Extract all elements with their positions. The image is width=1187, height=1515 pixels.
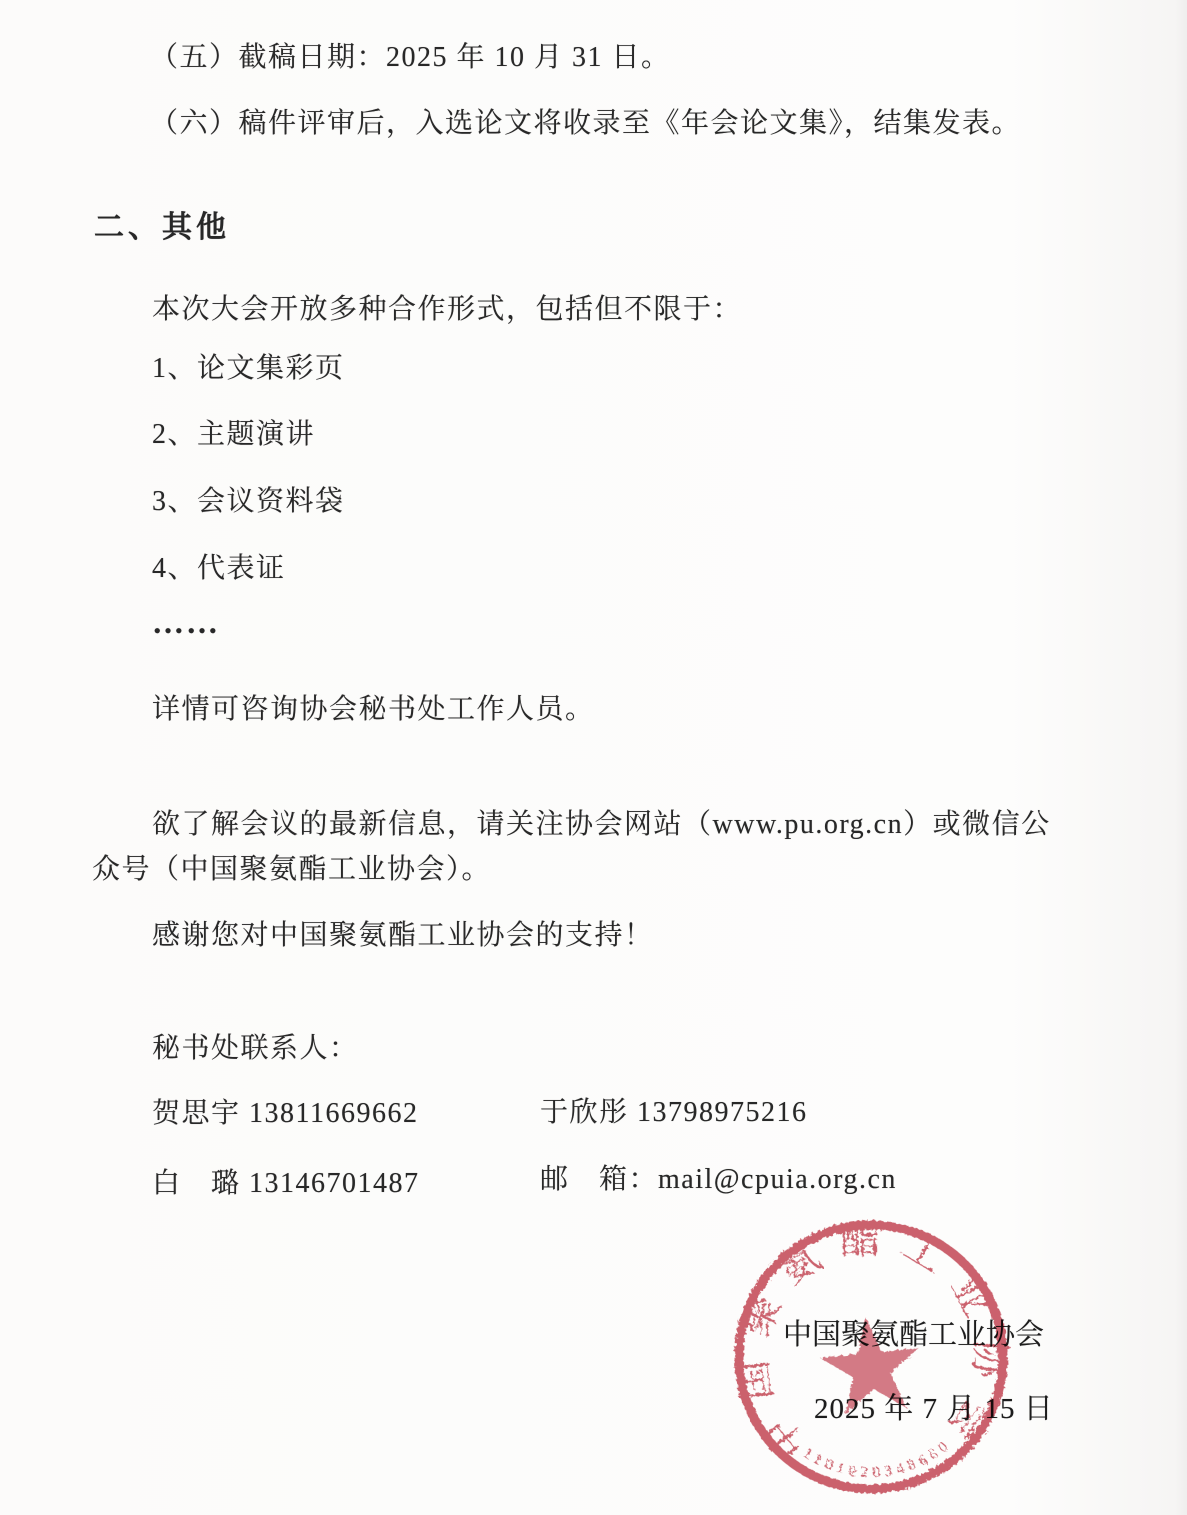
cooperation-item-1: 1、论文集彩页 (152, 351, 345, 387)
thanks-line: 感谢您对中国聚氨酯工业协会的支持！ (152, 918, 654, 954)
contact-name-phone-1: 贺思宇 13811669662 (152, 1096, 418, 1132)
official-seal: 中国聚氨酯工业协会 1101020348660 (731, 1217, 1015, 1501)
info-paragraph-line-1: 欲了解会议的最新信息，请关注协会网站（www.pu.org.cn）或微信公 (152, 807, 1051, 843)
contact-name-phone-2: 于欣彤 13798975216 (540, 1095, 808, 1131)
document-page: （五）截稿日期：2025 年 10 月 31 日。 （六）稿件评审后，入选论文将… (0, 0, 1187, 1515)
info-paragraph-line-2: 众号（中国聚氨酯工业协会）。 (92, 852, 491, 888)
item-deadline: （五）截稿日期：2025 年 10 月 31 日。 (150, 40, 671, 76)
section-heading-other: 二、其他 (94, 210, 230, 246)
item-review: （六）稿件评审后，入选论文将收录至《年会论文集》，结集发表。 (150, 106, 1021, 142)
cooperation-item-2: 2、主题演讲 (152, 417, 315, 453)
contact-email: 邮 箱：mail@cpuia.org.cn (540, 1162, 897, 1198)
consult-note: 详情可咨询协会秘书处工作人员。 (152, 692, 595, 728)
contact-name-phone-3: 白 璐 13146701487 (152, 1166, 420, 1202)
seal-graphic: 中国聚氨酯工业协会 1101020348660 (731, 1217, 1015, 1501)
ellipsis-line: …… (152, 604, 220, 640)
signature-org-name: 中国聚氨酯工业协会 (783, 1312, 1044, 1353)
cooperation-item-3: 3、会议资料袋 (152, 484, 345, 520)
cooperation-item-4: 4、代表证 (152, 551, 286, 587)
cooperation-intro: 本次大会开放多种合作形式，包括但不限于： (152, 292, 742, 328)
signature-date: 2025 年 7 月 15 日 (814, 1386, 1054, 1427)
contact-heading: 秘书处联系人： (152, 1031, 359, 1067)
